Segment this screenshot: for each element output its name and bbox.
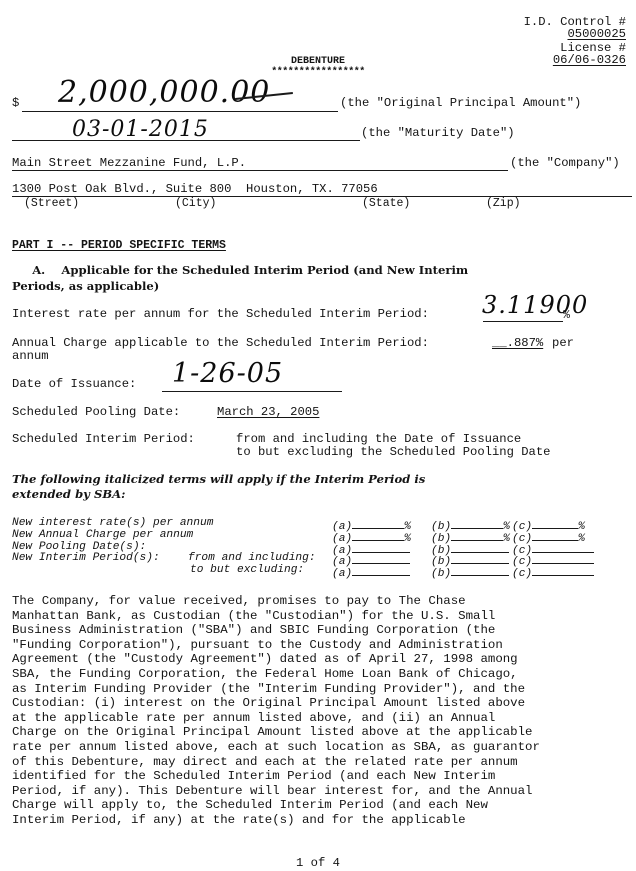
extension-row-label: New Pooling Date(s):: [12, 542, 146, 553]
blank-line: [532, 553, 594, 564]
blank-line: [352, 530, 404, 541]
extension-row-label: New Interim Period(s):: [12, 553, 160, 564]
address-label-city: (City): [175, 198, 216, 210]
blank-line: [532, 542, 594, 553]
issuance-date-handwritten: 1-26-05: [172, 360, 283, 387]
body-paragraph: The Company, for value received, promise…: [12, 594, 632, 828]
address-underline: [12, 196, 632, 197]
annual-charge-value: __.887%: [492, 337, 543, 349]
blank-letter: (b): [431, 568, 451, 580]
blank-line: [352, 553, 410, 564]
address-label-zip: (Zip): [486, 198, 521, 210]
extension-row-sublabel: to but excluding:: [190, 565, 304, 576]
extension-blank-field[interactable]: (c): [512, 565, 594, 580]
issuance-underline: [162, 391, 342, 392]
blank-line: [451, 553, 509, 564]
blank-line: [451, 542, 509, 553]
interest-rate-label: Interest rate per annum for the Schedule…: [12, 308, 429, 320]
pooling-date-label: Scheduled Pooling Date:: [12, 406, 180, 418]
interim-period-line2: to but excluding the Scheduled Pooling D…: [236, 446, 551, 458]
company-label: (the "Company"): [510, 157, 620, 169]
interest-rate-suffix: %: [563, 310, 570, 322]
interim-period-label: Scheduled Interim Period:: [12, 433, 195, 445]
currency-symbol: $: [12, 97, 19, 109]
company-underline: [12, 170, 508, 171]
blank-line: [532, 530, 578, 541]
extension-blank-field[interactable]: (a): [332, 565, 410, 580]
maturity-date-handwritten: 03-01-2015: [72, 119, 209, 141]
principal-amount-handwritten: 2,000,000.00: [58, 78, 270, 108]
blank-line: [532, 518, 578, 529]
annual-charge-annum: annum: [12, 350, 49, 362]
extension-heading-line2: extended by SBA:: [12, 489, 125, 501]
blank-line: [352, 518, 404, 529]
extension-row-label: New interest rate(s) per annum: [12, 518, 213, 529]
extension-row-label: New Annual Charge per annum: [12, 530, 193, 541]
interim-period-line1: from and including the Date of Issuance: [236, 433, 521, 445]
page-number: 1 of 4: [0, 857, 636, 869]
part1-heading: PART I -- PERIOD SPECIFIC TERMS: [12, 240, 226, 252]
blank-letter: (a): [332, 568, 352, 580]
blank-letter: (c): [512, 568, 532, 580]
pooling-date-value: March 23, 2005: [217, 406, 319, 418]
address-label-state: (State): [362, 198, 410, 210]
document-title: DEBENTURE: [0, 57, 636, 67]
principal-label: (the "Original Principal Amount"): [340, 97, 581, 109]
blank-line: [352, 542, 410, 553]
blank-line: [451, 530, 503, 541]
section-a-line2: Periods, as applicable): [12, 281, 159, 293]
extension-heading-line1: The following italicized terms will appl…: [12, 474, 425, 486]
extension-blank-field[interactable]: (b): [431, 565, 509, 580]
annual-charge-label: Annual Charge applicable to the Schedule…: [12, 337, 429, 349]
company-address: 1300 Post Oak Blvd., Suite 800 Houston, …: [12, 183, 378, 195]
company-name: Main Street Mezzanine Fund, L.P.: [12, 157, 246, 169]
blank-line: [352, 565, 410, 576]
section-a-line1: A. Applicable for the Scheduled Interim …: [12, 265, 468, 277]
blank-line: [451, 565, 509, 576]
principal-underline: [22, 111, 338, 112]
interest-rate-handwritten: 3.11900: [482, 293, 588, 317]
address-label-street: (Street): [24, 198, 79, 210]
blank-line: [532, 565, 594, 576]
extension-row-sublabel: from and including:: [188, 553, 316, 564]
annual-charge-per: per: [552, 337, 574, 349]
maturity-label: (the "Maturity Date"): [361, 127, 515, 139]
blank-line: [451, 518, 503, 529]
interest-rate-underline: [483, 321, 563, 322]
issuance-label: Date of Issuance:: [12, 378, 136, 390]
